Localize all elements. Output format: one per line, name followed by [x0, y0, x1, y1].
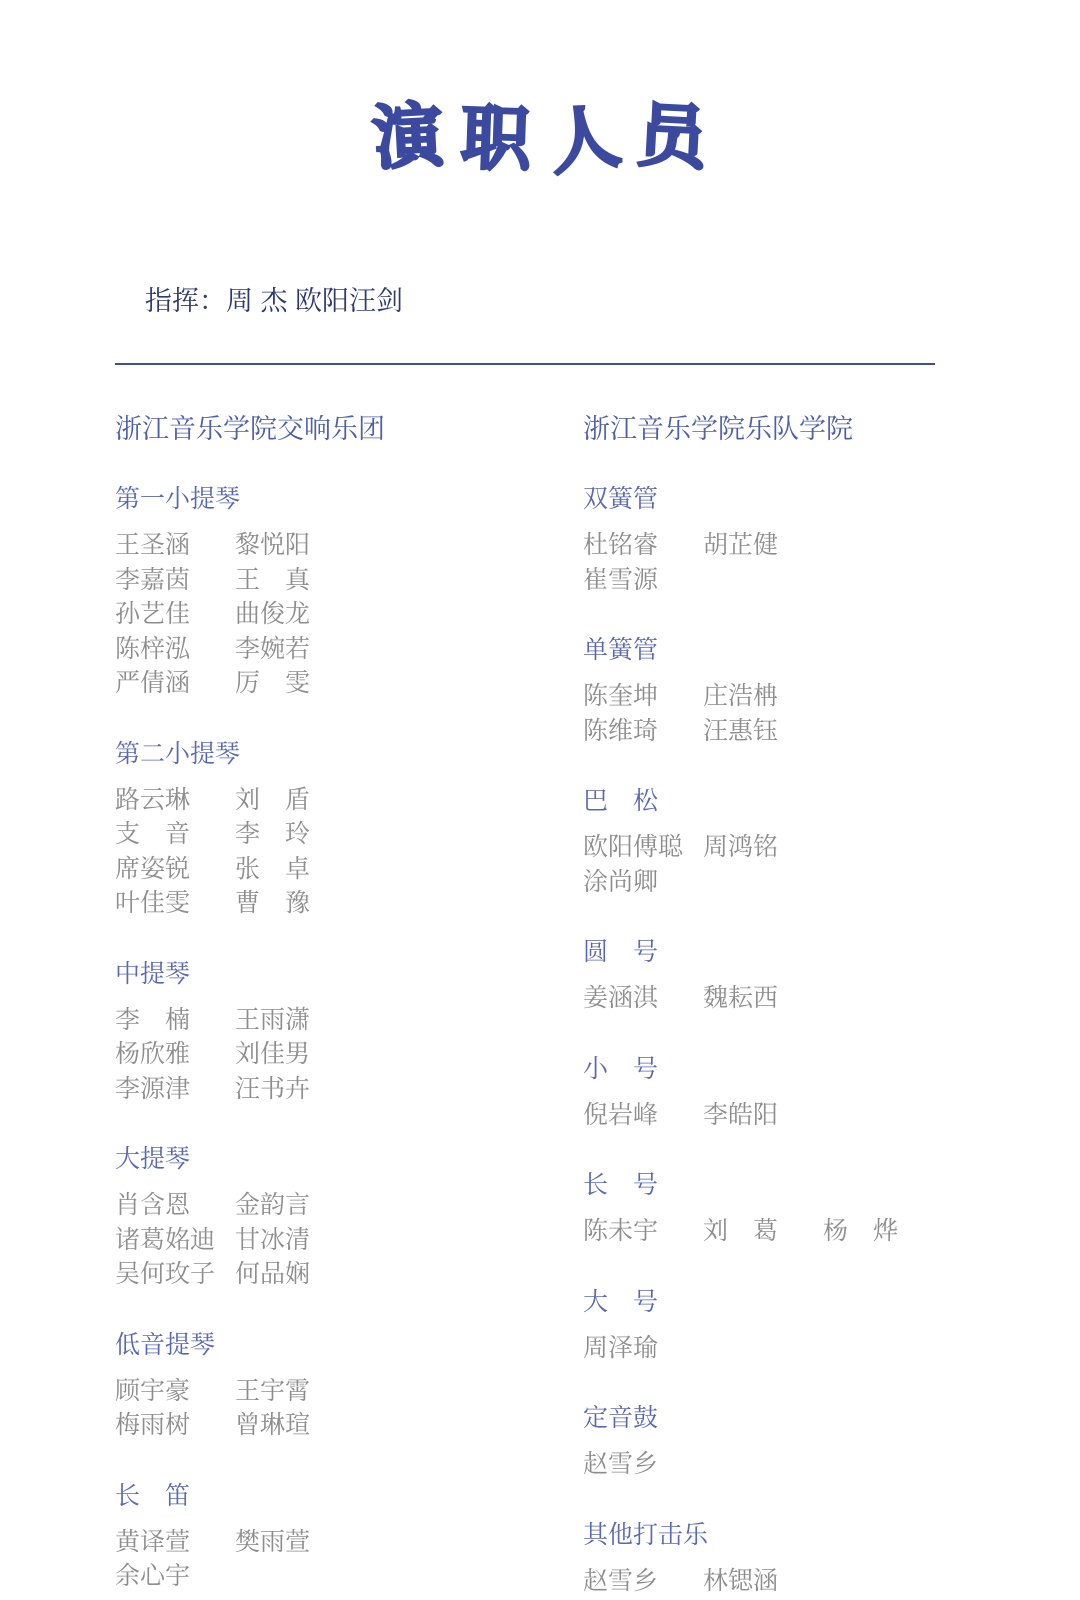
- instrument-section: 大 号周泽瑜: [583, 1285, 1051, 1366]
- performer-name: 赵雪乡: [583, 1447, 703, 1482]
- section-header: 第一小提琴: [115, 482, 583, 516]
- performer-name: 厉 雯: [235, 666, 355, 701]
- instrument-section: 小 号倪岩峰李皓阳: [583, 1052, 1051, 1133]
- column-header: 浙江音乐学院交响乐团: [115, 407, 583, 446]
- performer-name: 姜涵淇: [583, 981, 703, 1016]
- conductor-line: 指挥：周 杰 欧阳汪剑: [115, 248, 935, 365]
- credits-columns: 浙江音乐学院交响乐团第一小提琴王圣涵黎悦阳李嘉茵王 真孙艺佳曲俊龙陈梓泓李婉若严…: [115, 407, 965, 1598]
- name-row: 杜铭睿胡芷健: [583, 528, 1051, 563]
- performer-name: 李皓阳: [703, 1098, 823, 1133]
- performer-name: 胡芷健: [703, 528, 823, 563]
- name-row: 崔雪源: [583, 563, 1051, 598]
- performer-name: 何品娴: [235, 1257, 355, 1292]
- section-header: 大提琴: [115, 1142, 583, 1176]
- performer-name: 崔雪源: [583, 563, 703, 598]
- section-header: 第二小提琴: [115, 737, 583, 771]
- instrument-section: 长 号陈未宇刘 葛杨 烨: [583, 1168, 1051, 1249]
- instrument-section: 圆 号姜涵淇魏耘西: [583, 935, 1051, 1016]
- performer-name: 金韵言: [235, 1188, 355, 1223]
- performer-name: 周泽瑜: [583, 1331, 703, 1366]
- performer-name: 庄浩柟: [703, 679, 823, 714]
- performer-name: 黄译萱: [115, 1525, 235, 1560]
- performer-name: 叶佳雯: [115, 886, 235, 921]
- name-row: 严倩涵厉 雯: [115, 666, 583, 701]
- name-row: 陈奎坤庄浩柟: [583, 679, 1051, 714]
- performer-name: 席姿锐: [115, 852, 235, 887]
- performer-name: 魏耘西: [703, 981, 823, 1016]
- performer-name: 余心宇: [115, 1559, 235, 1594]
- name-row: 欧阳傅聪周鸿铭: [583, 830, 1051, 865]
- name-row: 席姿锐张 卓: [115, 852, 583, 887]
- name-row: 赵雪乡林锶涵: [583, 1564, 1051, 1599]
- performer-name: 曹 豫: [235, 886, 355, 921]
- name-row: 孙艺佳曲俊龙: [115, 597, 583, 632]
- performer-name: 路云琳: [115, 783, 235, 818]
- performer-name: 杨 烨: [823, 1214, 943, 1249]
- performer-name: 杜铭睿: [583, 528, 703, 563]
- performer-name: 王圣涵: [115, 528, 235, 563]
- name-row: 周泽瑜: [583, 1331, 1051, 1366]
- name-row: 黄译萱樊雨萱: [115, 1525, 583, 1560]
- section-header: 低音提琴: [115, 1328, 583, 1362]
- program-credits-page: 演职人员 指挥：周 杰 欧阳汪剑 浙江音乐学院交响乐团第一小提琴王圣涵黎悦阳李嘉…: [0, 0, 1080, 1600]
- name-row: 梅雨树曾琳瑄: [115, 1408, 583, 1443]
- performer-name: 陈维琦: [583, 714, 703, 749]
- performer-name: 支 音: [115, 817, 235, 852]
- performer-name: 刘 葛: [703, 1214, 823, 1249]
- performer-name: 孙艺佳: [115, 597, 235, 632]
- performer-name: 严倩涵: [115, 666, 235, 701]
- instrument-section: 长 笛黄译萱樊雨萱余心宇: [115, 1479, 583, 1594]
- performer-name: 赵雪乡: [583, 1564, 703, 1599]
- performer-name: 梅雨树: [115, 1408, 235, 1443]
- title-char: 职: [459, 93, 532, 185]
- title-char: 员: [635, 90, 710, 184]
- performer-name: 王雨潇: [235, 1003, 355, 1038]
- section-header: 大 号: [583, 1285, 1051, 1319]
- performer-name: 欧阳傅聪: [583, 830, 703, 865]
- performer-name: 李 楠: [115, 1003, 235, 1038]
- page-title: 演职人员: [115, 92, 965, 196]
- performer-name: 周鸿铭: [703, 830, 823, 865]
- section-header: 小 号: [583, 1052, 1051, 1086]
- performer-name: 李婉若: [235, 632, 355, 667]
- column-header: 浙江音乐学院乐队学院: [583, 407, 1051, 446]
- name-row: 陈梓泓李婉若: [115, 632, 583, 667]
- performer-name: 樊雨萱: [235, 1525, 355, 1560]
- name-row: 诸葛姳迪甘冰清: [115, 1223, 583, 1258]
- name-row: 李源津汪书卉: [115, 1072, 583, 1107]
- name-row: 余心宇: [115, 1559, 583, 1594]
- instrument-section: 第一小提琴王圣涵黎悦阳李嘉茵王 真孙艺佳曲俊龙陈梓泓李婉若严倩涵厉 雯: [115, 482, 583, 701]
- performer-name: 李 玲: [235, 817, 355, 852]
- title-char: 演: [371, 90, 446, 184]
- section-header: 定音鼓: [583, 1401, 1051, 1435]
- name-row: 肖含恩金韵言: [115, 1188, 583, 1223]
- performer-name: 刘 盾: [235, 783, 355, 818]
- performer-name: 曾琳瑄: [235, 1408, 355, 1443]
- instrument-section: 单簧管陈奎坤庄浩柟陈维琦汪惠钰: [583, 633, 1051, 748]
- section-header: 其他打击乐: [583, 1518, 1051, 1552]
- performer-name: 陈未宇: [583, 1214, 703, 1249]
- section-header: 单簧管: [583, 633, 1051, 667]
- performer-name: 陈奎坤: [583, 679, 703, 714]
- performer-name: 甘冰清: [235, 1223, 355, 1258]
- section-header: 圆 号: [583, 935, 1051, 969]
- performer-name: 黎悦阳: [235, 528, 355, 563]
- name-row: 叶佳雯曹 豫: [115, 886, 583, 921]
- performer-name: 汪惠钰: [703, 714, 823, 749]
- performer-name: 曲俊龙: [235, 597, 355, 632]
- name-row: 倪岩峰李皓阳: [583, 1098, 1051, 1133]
- performer-name: 诸葛姳迪: [115, 1223, 235, 1258]
- performer-name: 林锶涵: [703, 1564, 823, 1599]
- section-header: 中提琴: [115, 957, 583, 991]
- name-row: 杨欣雅刘佳男: [115, 1037, 583, 1072]
- name-row: 顾宇豪王宇霄: [115, 1374, 583, 1409]
- section-header: 长 笛: [115, 1479, 583, 1513]
- performer-name: 李源津: [115, 1072, 235, 1107]
- name-row: 陈维琦汪惠钰: [583, 714, 1051, 749]
- name-row: 吴何玫子何品娴: [115, 1257, 583, 1292]
- name-row: 李 楠王雨潇: [115, 1003, 583, 1038]
- column-band-academy: 浙江音乐学院乐队学院双簧管杜铭睿胡芷健崔雪源单簧管陈奎坤庄浩柟陈维琦汪惠钰巴 松…: [583, 407, 1051, 1598]
- name-row: 涂尚卿: [583, 865, 1051, 900]
- performer-name: 李嘉茵: [115, 563, 235, 598]
- name-row: 路云琳刘 盾: [115, 783, 583, 818]
- performer-name: 倪岩峰: [583, 1098, 703, 1133]
- column-symphony-orchestra: 浙江音乐学院交响乐团第一小提琴王圣涵黎悦阳李嘉茵王 真孙艺佳曲俊龙陈梓泓李婉若严…: [115, 407, 583, 1594]
- performer-name: 涂尚卿: [583, 865, 703, 900]
- name-row: 李嘉茵王 真: [115, 563, 583, 598]
- instrument-section: 低音提琴顾宇豪王宇霄梅雨树曾琳瑄: [115, 1328, 583, 1443]
- name-row: 王圣涵黎悦阳: [115, 528, 583, 563]
- conductor-names: 周 杰 欧阳汪剑: [226, 286, 403, 316]
- name-row: 赵雪乡: [583, 1447, 1051, 1482]
- performer-name: 顾宇豪: [115, 1374, 235, 1409]
- title-char: 人: [543, 91, 625, 190]
- performer-name: 刘佳男: [235, 1037, 355, 1072]
- instrument-section: 定音鼓赵雪乡: [583, 1401, 1051, 1482]
- name-row: 支 音李 玲: [115, 817, 583, 852]
- section-header: 双簧管: [583, 482, 1051, 516]
- performer-name: 吴何玫子: [115, 1257, 235, 1292]
- instrument-section: 中提琴李 楠王雨潇杨欣雅刘佳男李源津汪书卉: [115, 957, 583, 1107]
- performer-name: 王 真: [235, 563, 355, 598]
- instrument-section: 第二小提琴路云琳刘 盾支 音李 玲席姿锐张 卓叶佳雯曹 豫: [115, 737, 583, 921]
- section-header: 长 号: [583, 1168, 1051, 1202]
- performer-name: 张 卓: [235, 852, 355, 887]
- instrument-section: 大提琴肖含恩金韵言诸葛姳迪甘冰清吴何玫子何品娴: [115, 1142, 583, 1292]
- section-header: 巴 松: [583, 784, 1051, 818]
- name-row: 姜涵淇魏耘西: [583, 981, 1051, 1016]
- performer-name: 王宇霄: [235, 1374, 355, 1409]
- performer-name: 杨欣雅: [115, 1037, 235, 1072]
- instrument-section: 巴 松欧阳傅聪周鸿铭涂尚卿: [583, 784, 1051, 899]
- performer-name: 汪书卉: [235, 1072, 355, 1107]
- name-row: 陈未宇刘 葛杨 烨: [583, 1214, 1051, 1249]
- performer-name: 肖含恩: [115, 1188, 235, 1223]
- performer-name: 陈梓泓: [115, 632, 235, 667]
- instrument-section: 双簧管杜铭睿胡芷健崔雪源: [583, 482, 1051, 597]
- conductor-label: 指挥：: [145, 286, 226, 316]
- instrument-section: 其他打击乐赵雪乡林锶涵: [583, 1518, 1051, 1599]
